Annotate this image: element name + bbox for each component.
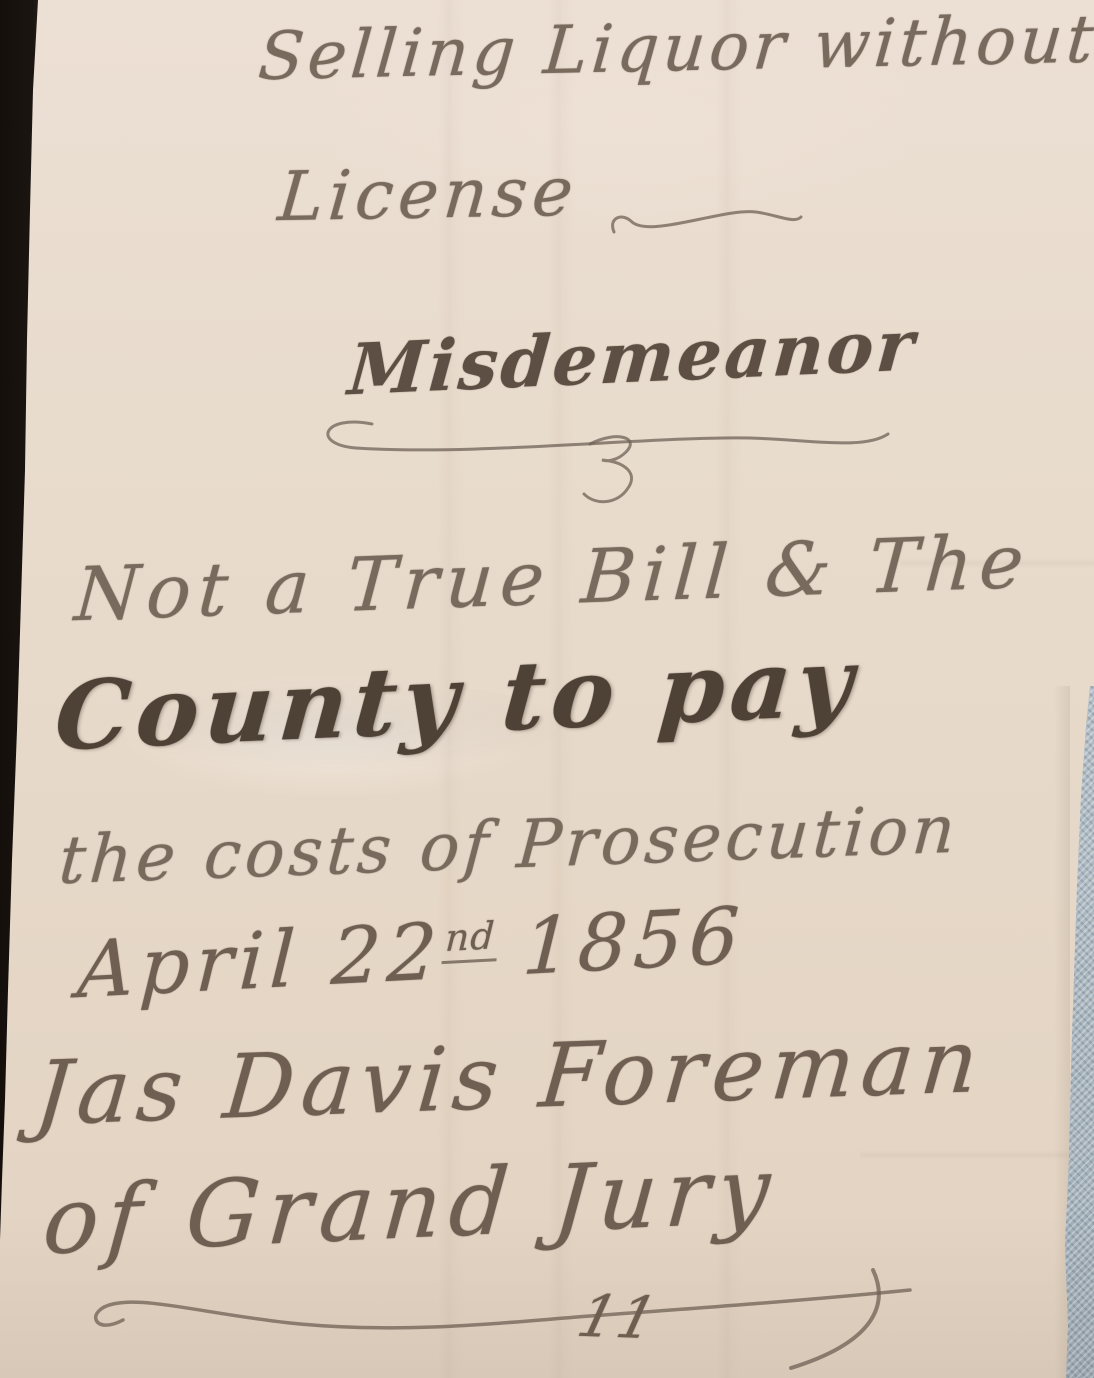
handwriting-line-subject-2: License xyxy=(275,153,581,237)
photo-frame: Selling Liquor without License Misdemean… xyxy=(0,0,1094,1378)
date-ordinal-superscript: nd xyxy=(442,913,499,964)
paper-crease-horizontal xyxy=(860,1150,1070,1160)
ditto-mark: 11 xyxy=(571,1282,666,1352)
date-year: 1856 xyxy=(520,891,747,993)
